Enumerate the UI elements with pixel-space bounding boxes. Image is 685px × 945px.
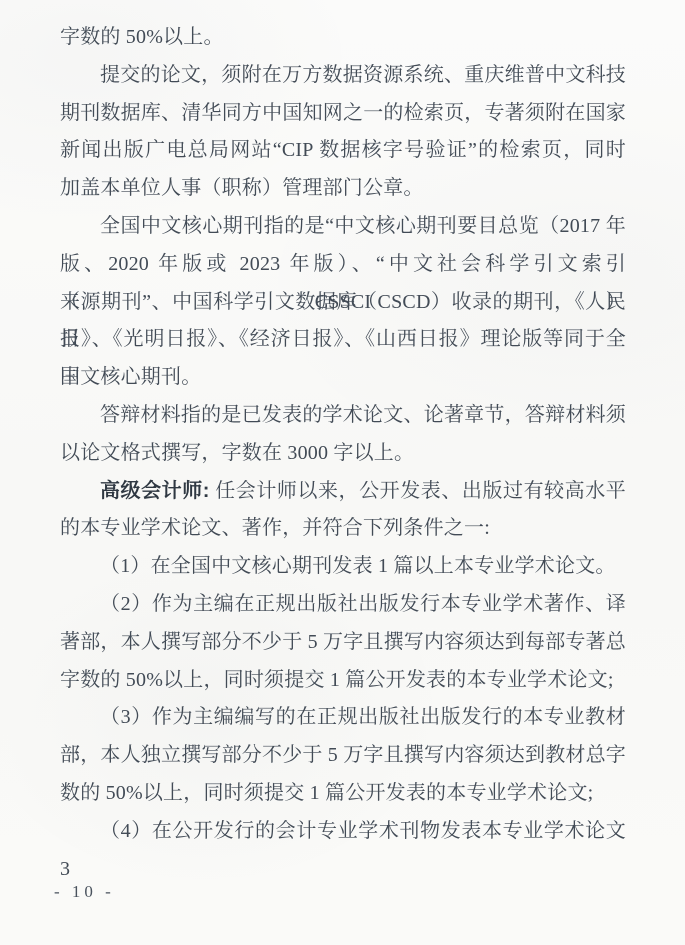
text-line: 来源期刊”、中国科学引文数据库（CSCD）收录的期刊，《人民日 [60,284,626,322]
text-line: 全国中文核心期刊指的是“中文核心期刊要目总览（2017 年 [60,208,626,246]
text-line-item-3: （3）作为主编编写的在正规出版社出版发行的本专业教材一 [60,699,626,737]
text-line: 答辩材料指的是已发表的学术论文、论著章节，答辩材料须 [60,397,626,435]
text-line: 新闻出版广电总局网站“CIP 数据核字号验证”的检索页，同时 [60,132,626,170]
scanned-document-page: 字数的 50%以上。 提交的论文，须附在万方数据资源系统、重庆维普中文科技 期刊… [0,0,685,945]
text-line: 字数的 50%以上，同时须提交 1 篇公开发表的本专业学术论文; [60,662,626,700]
text-line-item-1: （1）在全国中文核心期刊发表 1 篇以上本专业学术论文。 [60,548,626,586]
text-line: 一部，本人撰写部分不少于 5 万字且撰写内容须达到每部专著总 [60,624,626,662]
text-line: 以论文格式撰写，字数在 3000 字以上。 [60,435,626,473]
page-number: - 10 - [54,882,115,902]
text-line: 中文核心期刊。 [60,359,626,397]
text-line: 高级会计师: 任会计师以来，公开发表、出版过有较高水平 [60,473,626,511]
text-line-continuation: 任会计师以来，公开发表、出版过有较高水平 [210,480,626,502]
text-line: 的本专业学术论文、著作，并符合下列条件之一: [60,510,626,548]
text-line: 数的 50%以上，同时须提交 1 篇公开发表的本专业学术论文; [60,775,626,813]
text-line: 字数的 50%以上。 [60,19,626,57]
document-text-block: 字数的 50%以上。 提交的论文，须附在万方数据资源系统、重庆维普中文科技 期刊… [60,19,626,851]
text-line: 报》、《光明日报》、《经济日报》、《山西日报》理论版等同于全国 [60,321,626,359]
text-line: 提交的论文，须附在万方数据资源系统、重庆维普中文科技 [60,57,626,95]
text-line: 加盖本单位人事（职称）管理部门公章。 [60,170,626,208]
text-line: 版、2020 年版或 2023 年版）、“中文社会科学引文索引（CSSCI） [60,246,626,284]
text-line: 期刊数据库、清华同方中国知网之一的检索页，专著须附在国家 [60,95,626,133]
text-line-item-4: （4）在公开发行的会计专业学术刊物发表本专业学术论文 3 [60,813,626,851]
text-line-item-2: （2）作为主编在正规出版社出版发行本专业学术著作、译著 [60,586,626,624]
text-line: 部，本人独立撰写部分不少于 5 万字且撰写内容须达到教材总字 [60,737,626,775]
section-heading-senior-accountant: 高级会计师: [100,480,210,502]
